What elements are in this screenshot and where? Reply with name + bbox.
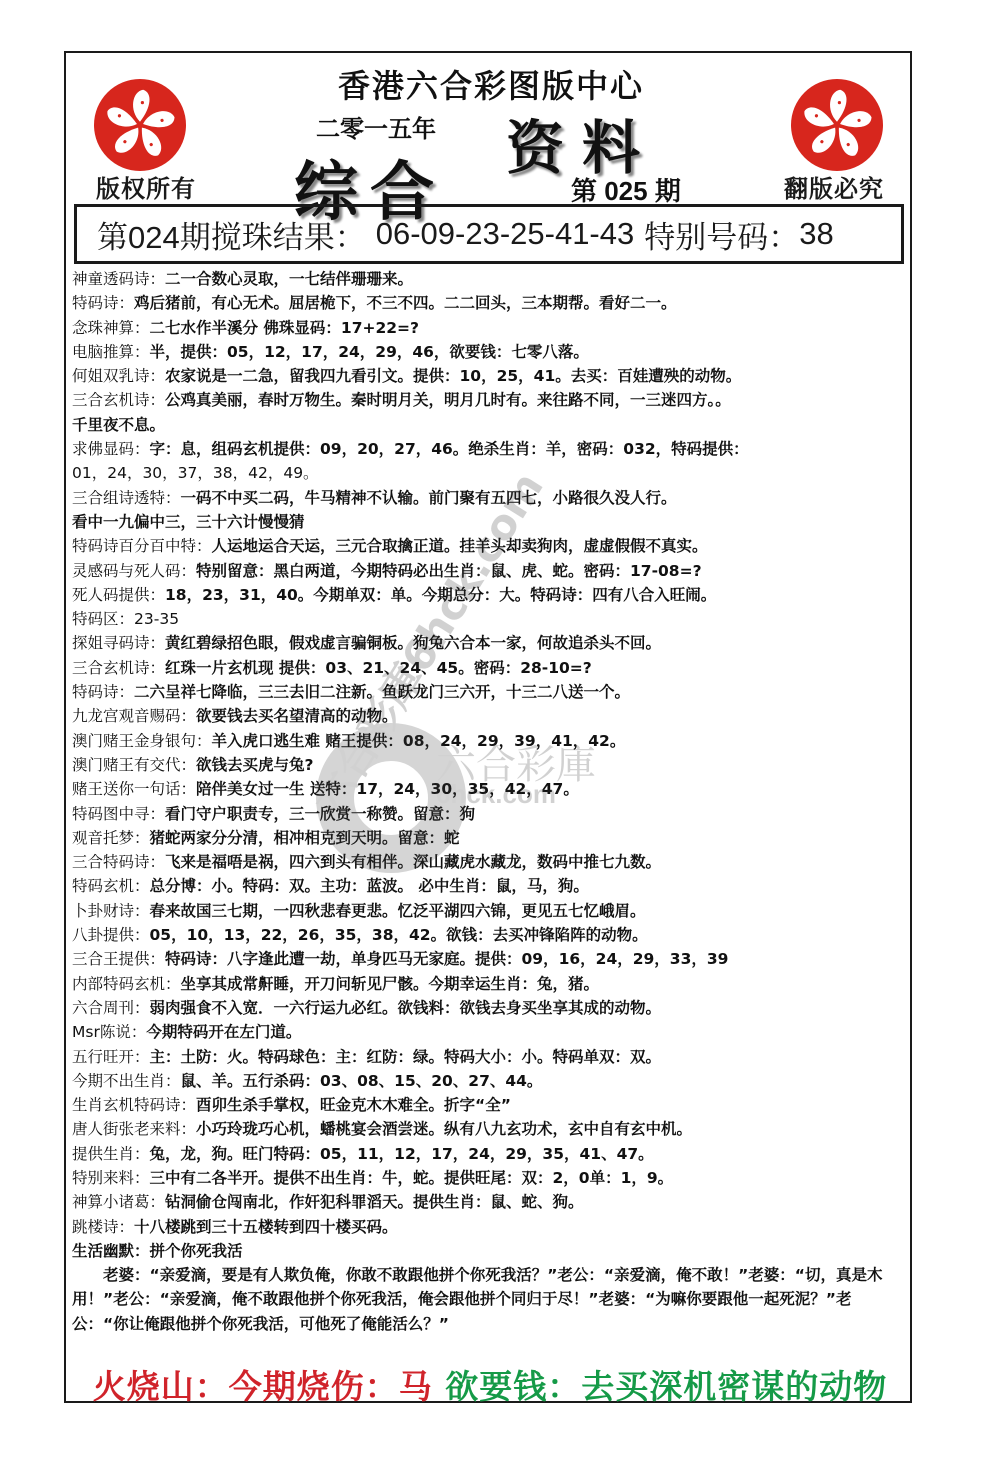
item-text: 飞来是福唔是祸，四六到头有相伴。深山藏虎水藏龙，数码中推七九数。 [165,853,661,871]
item-label: 求佛显码： [72,440,150,458]
list-item: 九龙宫观音赐码：欲要钱去买名望清高的动物。 [72,704,908,728]
item-label: 今期不出生肖： [72,1072,181,1090]
item-label: 五行旺开： [72,1048,150,1066]
item-text: 欲要钱去买名望清高的动物。 [196,707,398,725]
item-label: 特码区： [72,610,134,628]
item-text: 十八楼跳到三十五楼转到四十楼买码。 [134,1218,398,1236]
item-text: 23-35 [134,610,179,628]
list-item: 灵感码与死人码：特别留意：黑白两道，今期特码必出生肖：鼠、虎、蛇。密码：17-0… [72,559,908,583]
list-item: 特码诗：二六呈祥七降临，三三去旧二注新。鱼跃龙门三六开，十三二八送一个。 [72,680,908,704]
item-label: 内部特码玄机： [72,975,181,993]
item-text: 特别留意：黑白两道，今期特码必出生肖：鼠、虎、蛇。密码：17-08=? [196,562,702,580]
item-label: Msr陈说： [72,1023,146,1041]
item-text: 18，23，31，40。今期单双：单。今期总分：大。特码诗：四有八合入旺闹。 [165,586,716,604]
item-text: 酉卯生杀手掌权，旺金克木木难全。折字“全” [196,1096,511,1114]
item-text: 看中一九偏中三，三十六计慢慢猜 [72,513,305,531]
bauhinia-flower-icon [100,85,180,165]
list-item: 01，24，30，37，38，42，49。 [72,461,908,485]
draw-result-numbers: 06-09-23-25-41-43 [376,216,635,252]
item-text: 主：土防：火。特码球色：主：红防：绿。特码大小：小。特码单双：双。 [150,1048,662,1066]
item-label: 三合组诗透特： [72,489,181,507]
item-text: 春来故国三七期，一四秋悲春更悲。忆泛平湖四六锦，更见五七忆峨眉。 [150,902,646,920]
item-text: 鼠、羊。五行杀码：03、08、15、20、27、44。 [181,1072,543,1090]
item-label: 神童透码诗： [72,270,165,288]
item-text: 总分博：小。特码：双。主功：蓝波。 必中生肖：鼠，马，狗。 [150,877,589,895]
item-text: 弱肉强食不入宽．一六行运九必红。欲钱料：欲钱去身买坐享其成的动物。 [150,999,662,1017]
list-item: 生肖玄机特码诗：酉卯生杀手掌权，旺金克木木难全。折字“全” [72,1093,908,1117]
item-label: 死人码提供： [72,586,165,604]
list-item: 神童透码诗：二一合数心灵取，一七结伴珊珊来。 [72,267,908,291]
item-label: 赌王送你一句话： [72,780,196,798]
list-item: 何姐双乳诗：农家说是一二急，留我四九看引文。提供：10，25，41。去买：百娃遭… [72,364,908,388]
item-label: 生活幽默： [72,1242,150,1260]
item-text: 字：息，组码玄机提供：09，20，27，46。绝杀生肖：羊，密码：032，特码提… [150,440,749,458]
list-item: 唐人街张老来料：小巧玲珑巧心机，蟠桃宴会酒尝迷。纵有八九玄功术，玄中自有玄中机。 [72,1117,908,1141]
list-item: 赌王送你一句话：陪伴美女过一生 送特：17，24，30，35，42，47。 [72,777,908,801]
item-label: 灵感码与死人码： [72,562,196,580]
item-text: 特码诗：八字逢此遭一劫，单身匹马无家庭。提供：09，16，24，29，33，39 [165,950,728,968]
list-item: 澳门赌王金身银句：羊入虎口逃生难 赌王提供：08，24，29，39，41，42。 [72,729,908,753]
list-item: 跳楼诗：十八楼跳到三十五楼转到四十楼买码。 [72,1215,908,1239]
item-text: 千里夜不息。 [72,416,165,434]
item-label: 特码诗： [72,683,134,701]
item-text: 05，10，13，22，26，35，38，42。欲钱：去买冲锋陷阵的动物。 [150,926,648,944]
item-text: 小巧玲珑巧心机，蟠桃宴会酒尝迷。纵有八九玄功术，玄中自有玄中机。 [196,1120,692,1138]
item-text: 黄红碧绿招色眼，假戏虚言骗铜板。狗兔六合本一家，何故追杀头不回。 [165,634,661,652]
item-label: 卜卦财诗： [72,902,150,920]
item-text: 人运地运合天运，三元合取擒正道。挂羊头却卖狗肉，虚虚假假不真实。 [212,537,708,555]
footer-banner: 火烧山：今期烧伤：马 欲要钱：去买深机密谋的动物 [66,1361,914,1408]
year-label: 二零一五年 [316,109,436,144]
bauhinia-flower-icon [797,85,877,165]
item-text: 猪蛇两家分分清，相冲相克到天明。留意：蛇 [150,829,460,847]
list-item: 探姐寻码诗：黄红碧绿招色眼，假戏虚言骗铜板。狗兔六合本一家，何故追杀头不回。 [72,631,908,655]
list-item: 特码图中寻：看门守户职责专，三一欣赏一称赞。留意：狗 [72,802,908,826]
item-text: 二六呈祥七降临，三三去旧二注新。鱼跃龙门三六开，十三二八送一个。 [134,683,630,701]
list-item: 三合玄机诗：红珠一片玄机现 提供：03、21、24、45。密码：28-10=? [72,656,908,680]
item-text: 二七水作半溪分 佛珠显码：17+22=? [150,319,420,337]
item-text: 农家说是一二急，留我四九看引文。提供：10，25，41。去买：百娃遭殃的动物。 [165,367,741,385]
list-item: 三合玄机诗：公鸡真美丽，春时万物生。秦时明月关，明月几时有。来往路不同，一三迷四… [72,388,908,412]
item-label: 探姐寻码诗： [72,634,165,652]
special-number-label: 特别号码： [644,212,799,257]
item-label: 何姐双乳诗： [72,367,165,385]
list-item: Msr陈说：今期特码开在左门道。 [72,1020,908,1044]
item-label: 澳门赌王金身银句： [72,732,212,750]
list-item: 生活幽默：拼个你死我活 [72,1239,908,1263]
list-item: 特码玄机：总分博：小。特码：双。主功：蓝波。 必中生肖：鼠，马，狗。 [72,874,908,898]
item-label: 九龙宫观音赐码： [72,707,196,725]
item-label: 唐人街张老来料： [72,1120,196,1138]
item-label: 电脑推算： [72,343,150,361]
item-label: 特码玄机： [72,877,150,895]
item-label: 澳门赌王有交代： [72,756,196,774]
list-item: 内部特码玄机：坐享其成常鼾睡，开刀问斩见尸骸。今期幸运生肖：兔，猪。 [72,972,908,996]
item-text: 01，24，30，37，38，42，49。 [72,464,319,482]
poster-frame: 版权所有 翻版必究 香港六合彩图版中心 二零一五年 资料 综合 第 025 期 … [64,51,912,1403]
item-text: 一码不中买二码，牛马精神不认输。前门聚有五四七，小路很久没人行。 [181,489,677,507]
list-item: 三合王提供：特码诗：八字逢此遭一劫，单身匹马无家庭。提供：09，16，24，29… [72,947,908,971]
list-item: 千里夜不息。 [72,413,908,437]
item-text: 羊入虎口逃生难 赌王提供：08，24，29，39，41，42。 [212,732,626,750]
list-item: 念珠神算：二七水作半溪分 佛珠显码：17+22=? [72,316,908,340]
item-label: 特码诗： [72,294,134,312]
draw-result-box: 第024期搅珠结果： 06-09-23-25-41-43 特别号码： 38 [74,204,904,264]
list-item: 特别来料：三中有二各半开。提供不出生肖：牛，蛇。提供旺尾：双：2，0单：1，9。 [72,1166,908,1190]
list-item: 观音托梦：猪蛇两家分分清，相冲相克到天明。留意：蛇 [72,826,908,850]
joke-paragraph: 老婆：“亲爱滴，要是有人欺负俺，你敢不敢跟他拼个你死我活？”老公：“亲爱滴，俺不… [72,1263,892,1336]
item-label: 三合特码诗： [72,853,165,871]
list-item: 电脑推算：半，提供：05，12，17，24，29，46，欲要钱：七零八落。 [72,340,908,364]
item-text: 红珠一片玄机现 提供：03、21、24、45。密码：28-10=? [165,659,592,677]
item-label: 三合玄机诗： [72,391,165,409]
item-text: 鸡后猪前，有心无术。屈居桅下，不三不四。二二回头，三本期帮。看好二一。 [134,294,677,312]
list-item: 澳门赌王有交代：欲钱去买虎与兔? [72,753,908,777]
footer-red-text: 火烧山：今期烧伤：马 [93,1367,433,1406]
item-label: 跳楼诗： [72,1218,134,1236]
list-item: 看中一九偏中三，三十六计慢慢猜 [72,510,908,534]
item-text: 陪伴美女过一生 送特：17，24，30，35，42，47。 [196,780,579,798]
list-item: 特码诗：鸡后猪前，有心无术。屈居桅下，不三不四。二二回头，三本期帮。看好二一。 [72,291,908,315]
tips-list: 神童透码诗：二一合数心灵取，一七结伴珊珊来。 特码诗：鸡后猪前，有心无术。屈居桅… [72,267,908,1336]
item-label: 特别来料： [72,1169,150,1187]
item-label: 神算小诸葛： [72,1193,165,1211]
item-label: 六合周刊： [72,999,150,1017]
item-label: 三合王提供： [72,950,165,968]
footer-green-text: 欲要钱：去买深机密谋的动物 [445,1367,887,1406]
list-item: 六合周刊：弱肉强食不入宽．一六行运九必红。欲钱料：欲钱去身买坐享其成的动物。 [72,996,908,1020]
item-text: 钻洞偷仓闯南北，作奸犯科罪滔天。提供生肖：鼠、蛇、狗。 [165,1193,584,1211]
copyright-label: 版权所有 [96,169,196,204]
list-item: 卜卦财诗：春来故国三七期，一四秋悲春更悲。忆泛平湖四六锦，更见五七忆峨眉。 [72,899,908,923]
item-label: 提供生肖： [72,1145,150,1163]
item-text: 拼个你死我活 [150,1242,243,1260]
issue-number: 第 025 期 [571,171,681,208]
list-item: 三合组诗透特：一码不中买二码，牛马精神不认输。前门聚有五四七，小路很久没人行。 [72,486,908,510]
draw-result-label: 第024期搅珠结果： [97,212,366,257]
item-label: 三合玄机诗： [72,659,165,677]
bauhinia-logo-right [791,79,883,171]
list-item: 今期不出生肖：鼠、羊。五行杀码：03、08、15、20、27、44。 [72,1069,908,1093]
item-label: 特码图中寻： [72,805,165,823]
bauhinia-logo-left [94,79,186,171]
item-text: 半，提供：05，12，17，24，29，46，欲要钱：七零八落。 [150,343,589,361]
list-item: 八卦提供：05，10，13，22，26，35，38，42。欲钱：去买冲锋陷阵的动… [72,923,908,947]
item-text: 看门守户职责专，三一欣赏一称赞。留意：狗 [165,805,475,823]
item-label: 特码诗百分百中特： [72,537,212,555]
item-label: 念珠神算： [72,319,150,337]
list-item: 求佛显码：字：息，组码玄机提供：09，20，27，46。绝杀生肖：羊，密码：03… [72,437,908,461]
list-item: 特码区：23-35 [72,607,908,631]
item-text: 兔，龙，狗。旺门特码：05，11，12，17，24，29，35，41、47。 [150,1145,654,1163]
special-number: 38 [799,216,833,252]
item-label: 八卦提供： [72,926,150,944]
item-text: 二一合数心灵取，一七结伴珊珊来。 [165,270,413,288]
item-text: 今期特码开在左门道。 [146,1023,301,1041]
no-reprint-label: 翻版必究 [784,169,884,204]
item-text: 欲钱去买虎与兔? [196,756,314,774]
item-text: 公鸡真美丽，春时万物生。秦时明月关，明月几时有。来往路不同，一三迷四方。。 [165,391,731,409]
item-text: 坐享其成常鼾睡，开刀问斩见尸骸。今期幸运生肖：兔，猪。 [181,975,600,993]
item-label: 生肖玄机特码诗： [72,1096,196,1114]
list-item: 提供生肖：兔，龙，狗。旺门特码：05，11，12，17，24，29，35，41、… [72,1142,908,1166]
item-text: 三中有二各半开。提供不出生肖：牛，蛇。提供旺尾：双：2，0单：1，9。 [150,1169,674,1187]
list-item: 死人码提供：18，23，31，40。今期单双：单。今期总分：大。特码诗：四有八合… [72,583,908,607]
page-title: 香港六合彩图版中心 [246,61,736,107]
item-label: 观音托梦： [72,829,150,847]
list-item: 特码诗百分百中特：人运地运合天运，三元合取擒正道。挂羊头却卖狗肉，虚虚假假不真实… [72,534,908,558]
list-item: 五行旺开：主：土防：火。特码球色：主：红防：绿。特码大小：小。特码单双：双。 [72,1045,908,1069]
list-item: 神算小诸葛：钻洞偷仓闯南北，作奸犯科罪滔天。提供生肖：鼠、蛇、狗。 [72,1190,908,1214]
list-item: 三合特码诗：飞来是福唔是祸，四六到头有相伴。深山藏虎水藏龙，数码中推七九数。 [72,850,908,874]
